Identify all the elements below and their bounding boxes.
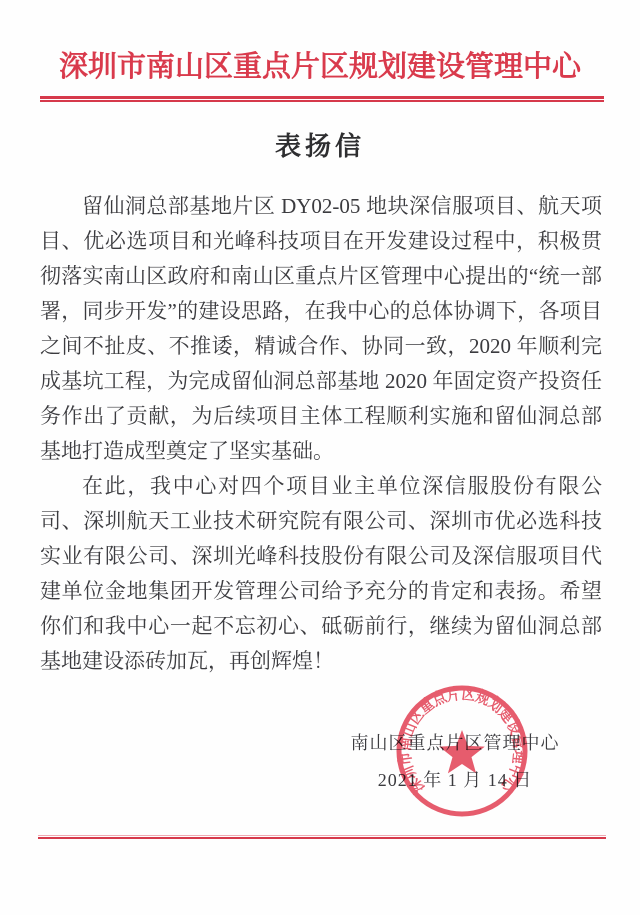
letter-body: 留仙洞总部基地片区 DY02-05 地块深信服项目、航天项目、优必选项目和光峰科…: [40, 189, 602, 679]
red-star-icon: [439, 730, 485, 773]
official-seal-graphic: 深圳市南山区重点片区规划建设管理中心: [392, 681, 532, 821]
footer-red-rule: [38, 835, 606, 839]
body-paragraph-1: 留仙洞总部基地片区 DY02-05 地块深信服项目、航天项目、优必选项目和光峰科…: [40, 189, 602, 469]
document-title: 表扬信: [0, 126, 640, 163]
letterhead-red-rule: [40, 96, 604, 102]
letter-page: 深圳市南山区重点片区规划建设管理中心 表扬信 留仙洞总部基地片区 DY02-05…: [0, 0, 640, 915]
official-seal: 深圳市南山区重点片区规划建设管理中心: [392, 681, 532, 821]
rule-bar: [40, 100, 604, 102]
letterhead-org-name: 深圳市南山区重点片区规划建设管理中心: [0, 44, 640, 85]
body-paragraph-2: 在此，我中心对四个项目业主单位深信服股份有限公司、深圳航天工业技术研究院有限公司…: [40, 469, 602, 679]
rule-bar: [38, 837, 606, 839]
